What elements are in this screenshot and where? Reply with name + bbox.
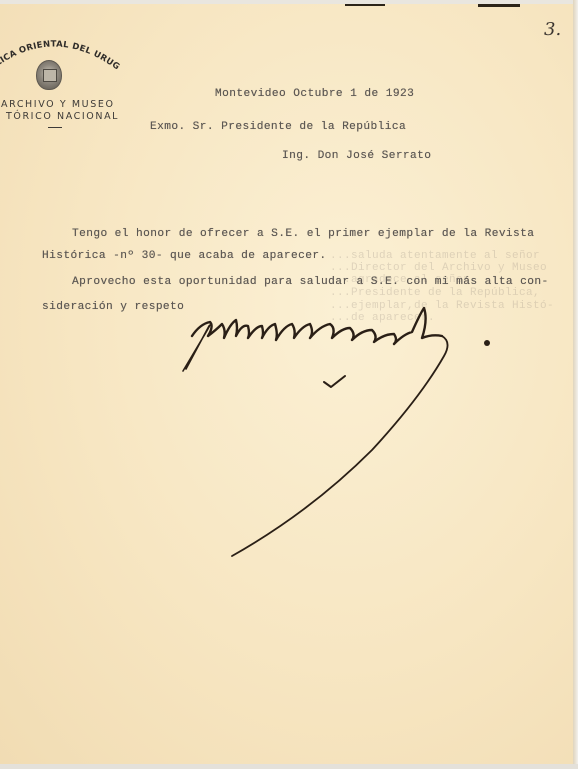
scan-border xyxy=(0,764,578,769)
page-edge xyxy=(573,0,578,769)
letter-page: BLICA ORIENTAL DEL URUGUAY ARCHIVO Y MUS… xyxy=(0,4,573,764)
handwritten-signature xyxy=(0,4,573,764)
